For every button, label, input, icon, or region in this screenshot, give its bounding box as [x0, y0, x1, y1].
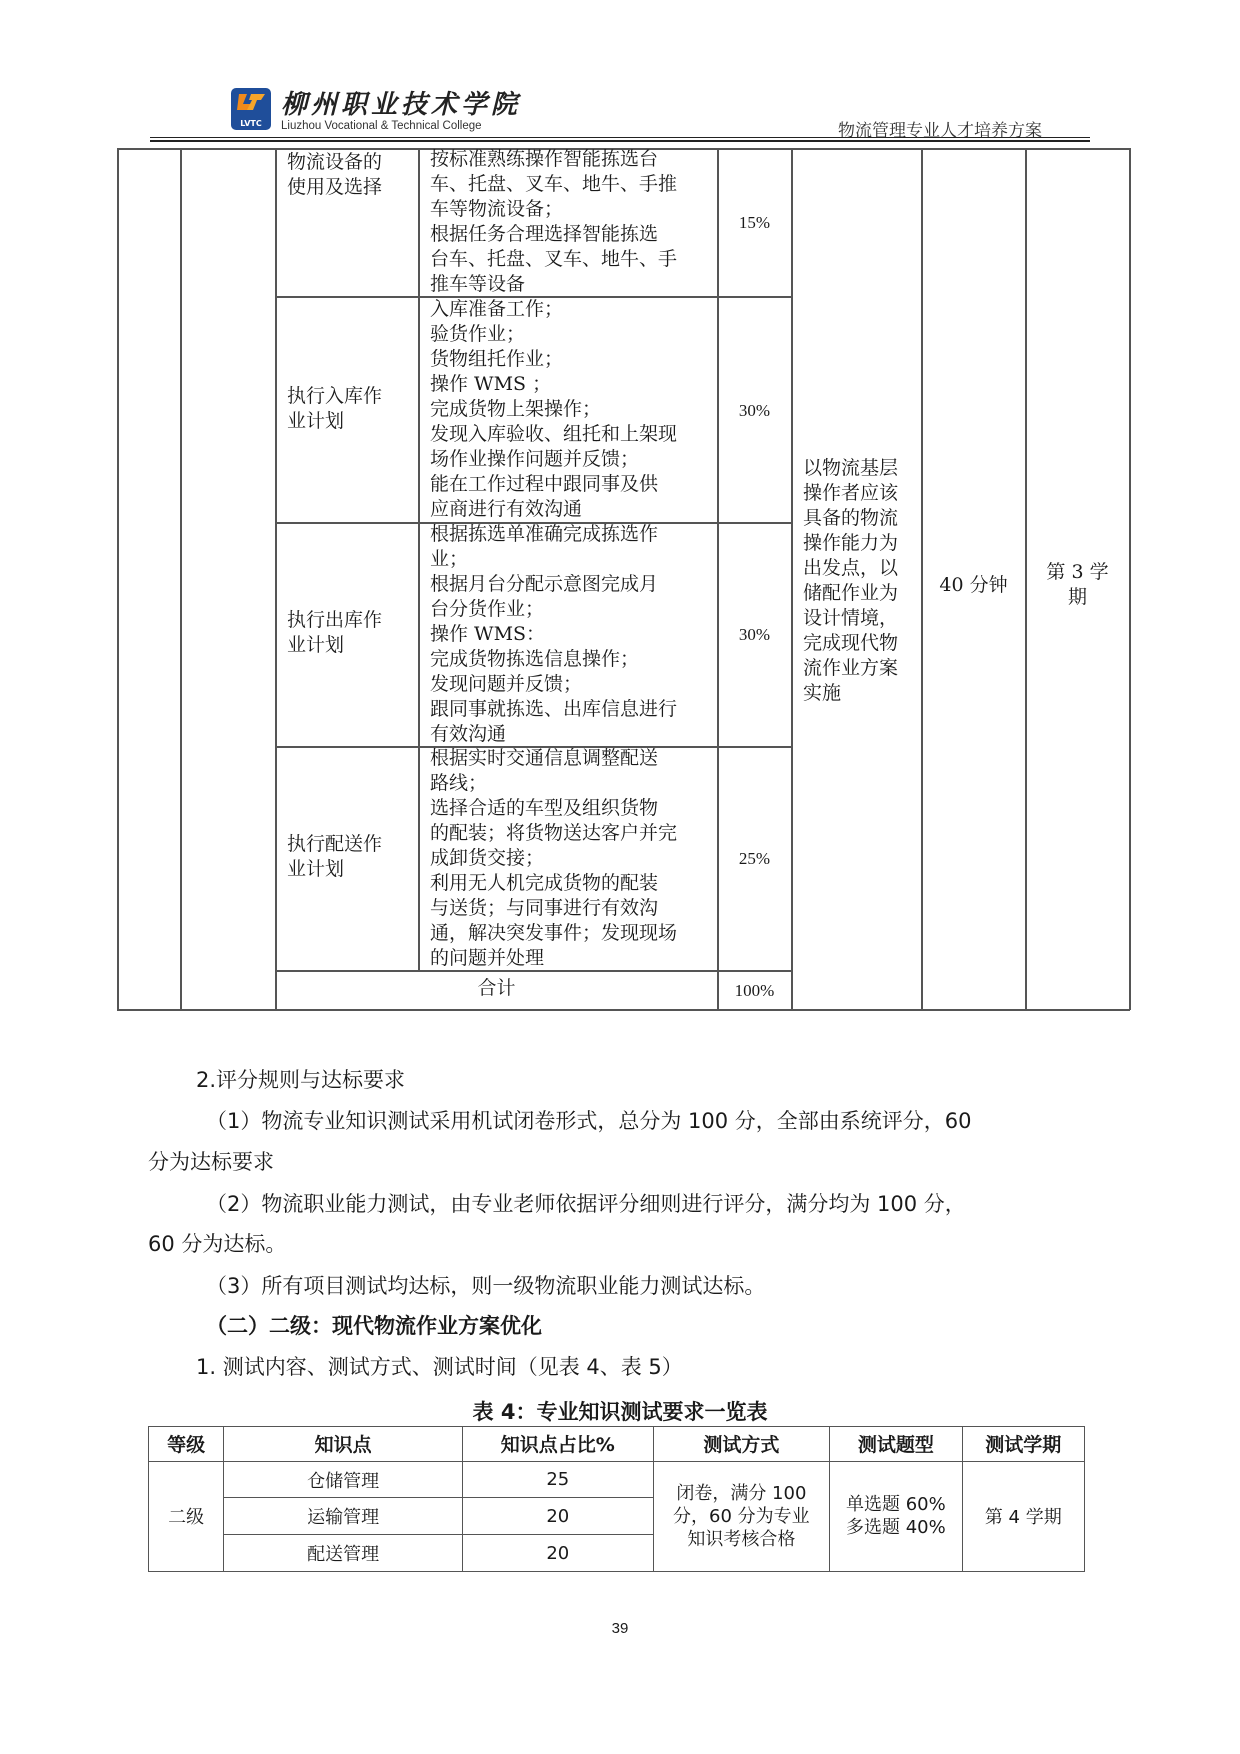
header-topic: 知识点: [224, 1427, 463, 1462]
rule-1-line-1: （1）物流专业知识测试采用机试闭卷形式，总分为 100 分，全部由系统评分，60: [206, 1105, 972, 1135]
header-question-type: 测试题型: [830, 1427, 962, 1462]
item-cell: 执行配送作 业计划: [287, 832, 382, 882]
table-border: [717, 148, 719, 1010]
topic-cell: 运输管理: [224, 1498, 463, 1535]
level-cell: 二级: [149, 1461, 224, 1571]
semester-cell: 第 4 学期: [962, 1461, 1084, 1571]
topic-cell: 仓储管理: [224, 1461, 463, 1498]
semester-cell: 第 3 学 期: [1026, 560, 1129, 610]
weight-cell: 25%: [718, 846, 791, 871]
rule-1-line-2: 分为达标要求: [148, 1146, 274, 1176]
rule-2-line-2: 60 分为达标。: [148, 1228, 286, 1258]
table-border: [180, 148, 182, 1010]
header-ratio: 知识点占比%: [462, 1427, 653, 1462]
table-4-caption: 表 4：专业知识测试要求一览表: [0, 1396, 1240, 1426]
item-cell: 物流设备的 使用及选择: [287, 150, 382, 200]
item-cell: 执行出库作 业计划: [287, 608, 382, 658]
requirements-cell: 根据实时交通信息调整配送 路线； 选择合适的车型及组织货物 的配装；将货物送达客…: [430, 746, 677, 971]
header-divider-thick: [150, 140, 1090, 142]
header-level: 等级: [149, 1427, 224, 1462]
rule-2-line-1: （2）物流职业能力测试，由专业老师依据评分细则进行评分，满分均为 100 分，: [206, 1188, 966, 1218]
weight-cell: 30%: [718, 622, 791, 647]
scenario-cell: 以物流基层 操作者应该 具备的物流 操作能力为 出发点，以 储配作业为 设计情境…: [803, 456, 898, 706]
total-weight: 100%: [718, 978, 791, 1003]
requirements-cell: 根据拣选单准确完成拣选作 业； 根据月台分配示意图完成月 台分货作业； 操作 W…: [430, 522, 677, 747]
college-name-cn: 柳州职业技术学院: [281, 84, 521, 121]
ratio-cell: 20: [462, 1498, 653, 1535]
table-border: [117, 148, 119, 1010]
lvtc-logo-icon: [237, 92, 265, 114]
rule-3: （3）所有项目测试均达标，则一级物流职业能力测试达标。: [206, 1270, 765, 1300]
ratio-cell: 25: [462, 1461, 653, 1498]
header-semester: 测试学期: [962, 1427, 1084, 1462]
college-name-en: Liuzhou Vocational & Technical College: [281, 120, 482, 132]
table-border: [418, 148, 420, 970]
header-divider: [150, 137, 1090, 138]
table-row: 二级 仓储管理 25 闭卷，满分 100 分，60 分为专业 知识考核合格 单选…: [149, 1461, 1085, 1498]
assessment-table: 物流设备的 使用及选择 按标准熟练操作智能拣选台 车、托盘、叉车、地牛、手推 车…: [117, 148, 1130, 1010]
logo-abbreviation: LVTC: [231, 119, 271, 128]
knowledge-test-table: 等级 知识点 知识点占比% 测试方式 测试题型 测试学期 二级 仓储管理 25 …: [148, 1426, 1085, 1572]
topic-cell: 配送管理: [224, 1535, 463, 1572]
section-heading: （二）二级：现代物流作业方案优化: [206, 1310, 542, 1340]
college-logo: LVTC: [231, 88, 271, 130]
table-border: [117, 1009, 1130, 1011]
weight-cell: 30%: [718, 398, 791, 423]
item-cell: 执行入库作 业计划: [287, 384, 382, 434]
duration-cell: 40 分钟: [922, 573, 1025, 598]
method-cell: 闭卷，满分 100 分，60 分为专业 知识考核合格: [653, 1461, 830, 1571]
scoring-heading: 2.评分规则与达标要求: [196, 1064, 405, 1094]
total-label: 合计: [276, 976, 717, 1001]
table-header-row: 等级 知识点 知识点占比% 测试方式 测试题型 测试学期: [149, 1427, 1085, 1462]
table-border: [791, 148, 793, 1010]
header-method: 测试方式: [653, 1427, 830, 1462]
page-header: LVTC 柳州职业技术学院 Liuzhou Vocational & Techn…: [0, 0, 1240, 150]
table-border: [275, 148, 277, 1010]
ratio-cell: 20: [462, 1535, 653, 1572]
question-type-cell: 单选题 60% 多选题 40%: [830, 1461, 962, 1571]
page-number: 39: [0, 1620, 1240, 1637]
weight-cell: 15%: [718, 210, 791, 235]
test-intro: 1. 测试内容、测试方式、测试时间（见表 4、表 5）: [196, 1351, 683, 1381]
requirements-cell: 按标准熟练操作智能拣选台 车、托盘、叉车、地牛、手推 车等物流设备； 根据任务合…: [430, 147, 677, 297]
requirements-cell: 入库准备工作； 验货作业； 货物组托作业； 操作 WMS ； 完成货物上架操作；…: [430, 297, 677, 522]
table-border: [1129, 148, 1131, 1010]
